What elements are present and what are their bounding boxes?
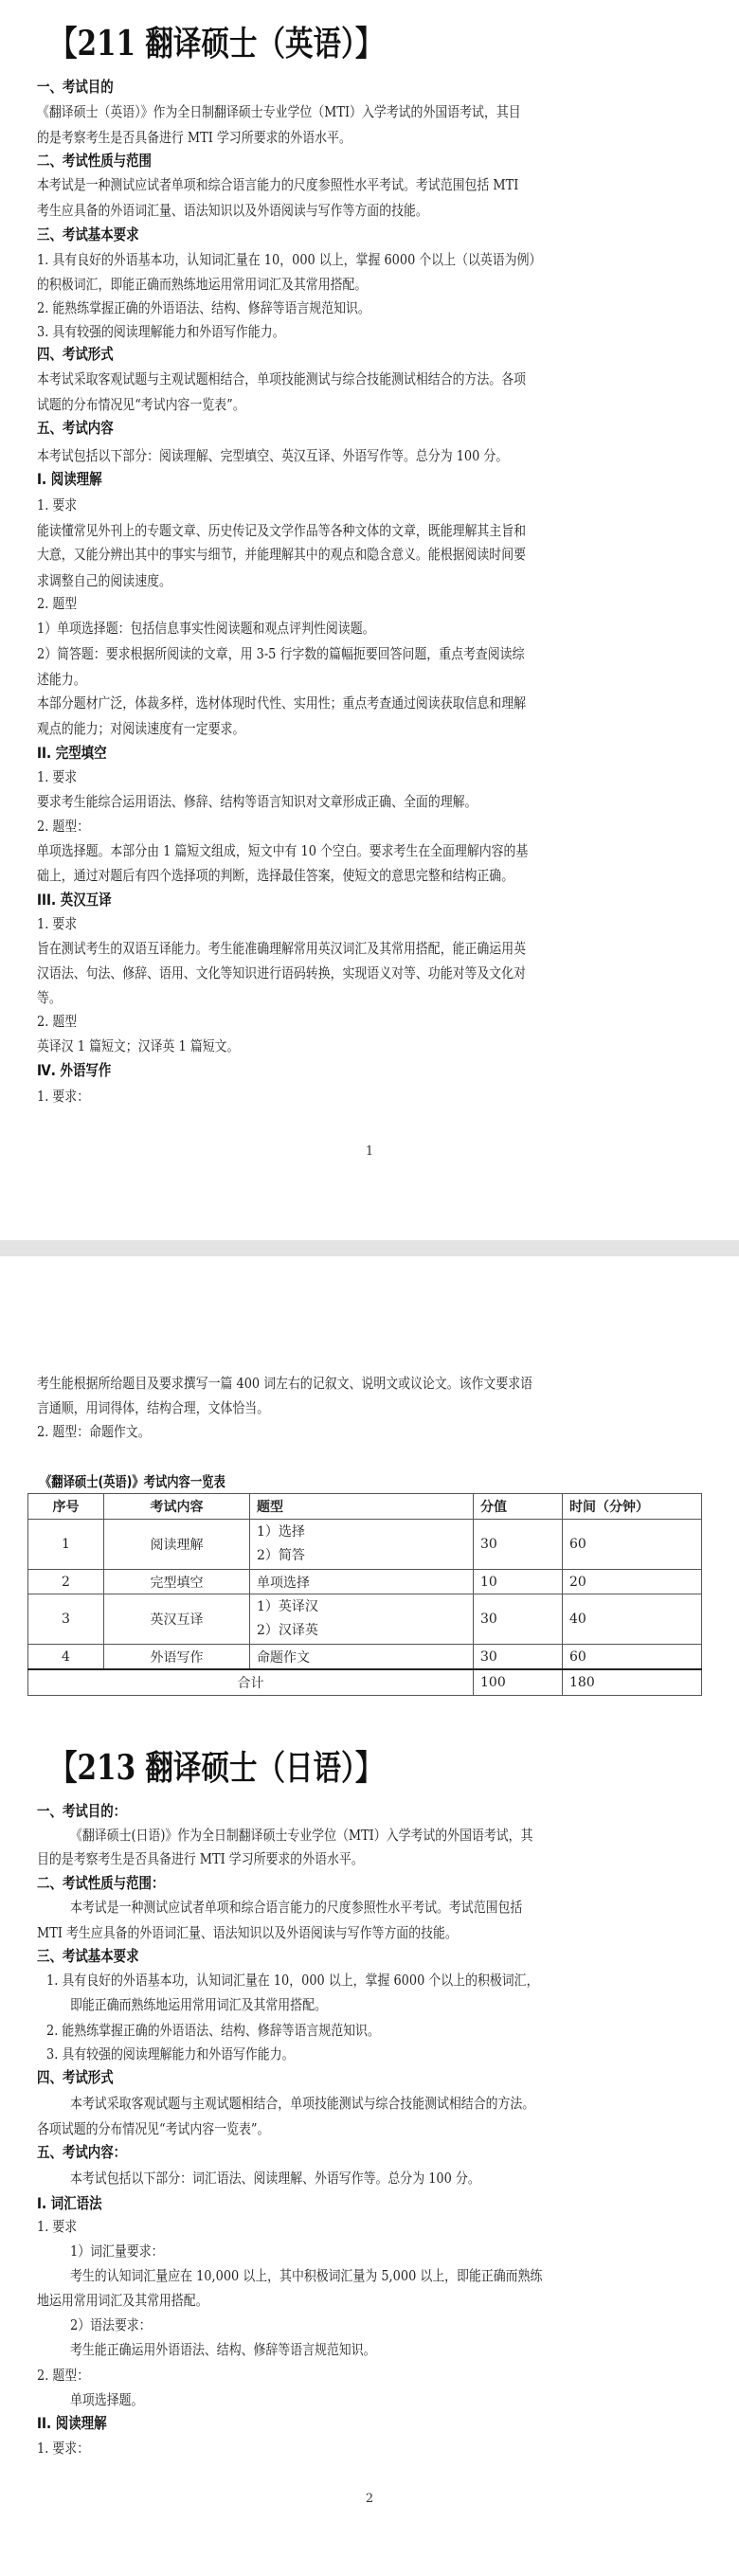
cell-type: 1）英译汉 2）汉译英 xyxy=(250,1594,474,1645)
document-page-1: 【211 翻译硕士（英语）】 一、考试目的《翻译硕士（英语）》作为全日制翻译硕士… xyxy=(0,0,739,1240)
body-text-line: 的积极词汇，即能正确而熟练地运用常用词汇及其常用搭配。 xyxy=(37,275,367,294)
body-text-line: 本考试是一种测试应试者单项和综合语言能力的尺度参照性水平考试。考试范围包括 MT… xyxy=(37,175,518,194)
exam-content-table: 序号 考试内容 题型 分值 时间（分钟） 1 阅读理解 1）选择 2）简答 30… xyxy=(27,1493,702,1696)
body-text-line: 旨在测试考生的双语互译能力。考生能准确理解常用英汉词汇及其常用搭配，能正确运用英 xyxy=(37,939,526,958)
cell-score: 30 xyxy=(474,1594,563,1645)
cell-no: 1 xyxy=(28,1520,104,1570)
cell-time: 20 xyxy=(563,1570,702,1594)
section-heading: 四、考试形式 xyxy=(37,2068,114,2087)
table-row: 3 英汉互译 1）英译汉 2）汉译英 30 40 xyxy=(28,1594,702,1645)
header-content: 考试内容 xyxy=(104,1494,250,1520)
header-time: 时间（分钟） xyxy=(563,1494,702,1520)
body-text-line: 述能力。 xyxy=(37,670,86,689)
cell-content: 完型填空 xyxy=(104,1570,250,1594)
body-text-line: 2. 题型： xyxy=(37,2366,89,2385)
page-title-213: 【213 翻译硕士（日语）】 xyxy=(49,1747,383,1789)
table-total-row: 合计 100 180 xyxy=(28,1669,702,1696)
body-text-line: 2）语法要求： xyxy=(70,2315,152,2334)
section-heading: 三、考试基本要求 xyxy=(37,1947,139,1966)
section-heading: Ⅳ. 外语写作 xyxy=(37,1061,111,1080)
cell-score: 30 xyxy=(474,1645,563,1670)
section-heading: 二、考试性质与范围： xyxy=(37,1874,164,1893)
cell-time: 40 xyxy=(563,1594,702,1645)
header-score: 分值 xyxy=(474,1494,563,1520)
section-heading: 一、考试目的 xyxy=(37,78,114,97)
cell-no: 4 xyxy=(28,1645,104,1670)
cell-no: 2 xyxy=(28,1570,104,1594)
total-score: 100 xyxy=(474,1669,563,1696)
body-text-line: 1. 要求： xyxy=(37,1087,89,1106)
body-text-line: 要求考生能综合运用语法、修辞、结构等语言知识对文章形成正确、全面的理解。 xyxy=(37,792,477,811)
cell-content: 阅读理解 xyxy=(104,1520,250,1570)
body-text-line: 等。 xyxy=(37,988,62,1007)
section-heading: I. 词汇语法 xyxy=(37,2194,102,2213)
body-text-line: 1. 要求 xyxy=(37,495,77,514)
page-title-211: 【211 翻译硕士（英语）】 xyxy=(49,23,383,64)
body-text-line: 2. 能熟练掌握正确的外语语法、结构、修辞等语言规范知识。 xyxy=(46,2021,380,2040)
section-heading: II. 阅读理解 xyxy=(37,2414,107,2433)
body-text-line: 2. 能熟练掌握正确的外语语法、结构、修辞等语言规范知识。 xyxy=(37,298,370,317)
section-heading: I. 阅读理解 xyxy=(37,470,102,489)
body-text-line: MTI 考生应具备的外语词汇量、语法知识以及外语阅读与写作等方面的技能。 xyxy=(37,1923,458,1942)
table-row: 4 外语写作 命题作文 30 60 xyxy=(28,1645,702,1670)
total-time: 180 xyxy=(563,1669,702,1696)
cell-type: 1）选择 2）简答 xyxy=(250,1520,474,1570)
body-text-line: 1. 要求 xyxy=(37,767,77,786)
body-text-line: 各项试题的分布情况见“考试内容一览表”。 xyxy=(37,2119,269,2138)
body-text-line: 单项选择题。 xyxy=(70,2390,143,2409)
body-text-line: 的是考察考生是否具备进行 MTI 学习所要求的外语水平。 xyxy=(37,128,351,147)
body-text-line: 1. 具有良好的外语基本功，认知词汇量在 10，000 以上，掌握 6000 个… xyxy=(37,250,541,269)
section-heading: 四、考试形式 xyxy=(37,345,114,364)
body-text-line: 汉语法、句法、修辞、语用、文化等知识进行语码转换，实现语义对等、功能对等及文化对 xyxy=(37,964,526,982)
cell-type-item: 1）英译汉 xyxy=(257,1595,466,1619)
body-text-line: 1）词汇量要求： xyxy=(70,2242,164,2261)
total-label: 合计 xyxy=(28,1669,474,1696)
body-text-line: 考生能根据所给题目及要求撰写一篇 400 词左右的记叙文、说明文或议论文。该作文… xyxy=(37,1374,532,1393)
table-header-row: 序号 考试内容 题型 分值 时间（分钟） xyxy=(28,1494,702,1520)
body-text-line: 1. 要求 xyxy=(37,914,77,933)
section-heading: III. 英汉互译 xyxy=(37,891,112,910)
cell-content: 英汉互译 xyxy=(104,1594,250,1645)
body-text-line: 考生能正确运用外语语法、结构、修辞等语言规范知识。 xyxy=(70,2340,376,2359)
body-text-line: 础上，通过对题后有四个选择项的判断，选择最佳答案，使短文的意思完整和结构正确。 xyxy=(37,866,514,885)
body-text-line: 2. 题型 xyxy=(37,594,77,613)
section-heading: II. 完型填空 xyxy=(37,744,107,763)
cell-no: 3 xyxy=(28,1594,104,1645)
body-text-line: 《翻译硕士（英语）》作为全日制翻译硕士专业学位（MTI）入学考试的外国语考试，其… xyxy=(37,102,521,121)
section-heading: 二、考试性质与范围 xyxy=(37,152,152,171)
body-text-line: 本部分题材广泛，体裁多样，选材体现时代性、实用性；重点考查通过阅读获取信息和理解 xyxy=(37,694,526,712)
body-text-line: 考生应具备的外语词汇量、语法知识以及外语阅读与写作等方面的技能。 xyxy=(37,201,428,220)
body-text-line: 3. 具有较强的阅读理解能力和外语写作能力。 xyxy=(37,322,285,341)
body-text-line: 1）单项选择题：包括信息事实性阅读题和观点评判性阅读题。 xyxy=(37,619,375,638)
body-text-line: 本考试包括以下部分：阅读理解、完型填空、英汉互译、外语写作等。总分为 100 分… xyxy=(37,446,508,465)
cell-type-item: 2）简答 xyxy=(257,1544,466,1568)
page-number: 2 xyxy=(0,2492,739,2506)
body-text-line: 观点的能力；对阅读速度有一定要求。 xyxy=(37,719,244,738)
table-caption: 《翻译硕士(英语)》考试内容一览表 xyxy=(40,1471,225,1491)
body-text-line: 单项选择题。本部分由 1 篇短文组成，短文中有 10 个空白。要求考生在全面理解… xyxy=(37,841,528,860)
cell-score: 30 xyxy=(474,1520,563,1570)
page-number: 1 xyxy=(0,1144,739,1159)
table-row: 2 完型填空 单项选择 10 20 xyxy=(28,1570,702,1594)
header-type: 题型 xyxy=(250,1494,474,1520)
body-text-line: 本考试采取客观试题与主观试题相结合，单项技能测试与综合技能测试相结合的方法。 xyxy=(70,2094,534,2113)
table-row: 1 阅读理解 1）选择 2）简答 30 60 xyxy=(28,1520,702,1570)
body-text-line: 试题的分布情况见“考试内容一览表”。 xyxy=(37,395,245,414)
body-text-line: 2. 题型 xyxy=(37,1012,77,1031)
body-text-line: 3. 具有较强的阅读理解能力和外语写作能力。 xyxy=(46,2045,295,2063)
body-text-line: 能读懂常见外刊上的专题文章、历史传记及文学作品等各种文体的文章，既能理解其主旨和 xyxy=(37,521,526,540)
cell-type-item: 2）汉译英 xyxy=(257,1619,466,1643)
body-text-line: 求调整自己的阅读速度。 xyxy=(37,571,171,590)
header-no: 序号 xyxy=(28,1494,104,1520)
body-text-line: 2. 题型：命题作文。 xyxy=(37,1422,151,1441)
body-text-line: 考生的认知词汇量应在 10,000 以上，其中积极词汇量为 5,000 以上，即… xyxy=(70,2266,542,2285)
body-text-line: 目的是考察考生是否具备进行 MTI 学习所要求的外语水平。 xyxy=(37,1849,364,1868)
body-text-line: 本考试包括以下部分：词汇语法、阅读理解、外语写作等。总分为 100 分。 xyxy=(70,2169,480,2188)
body-text-line: 本考试是一种测试应试者单项和综合语言能力的尺度参照性水平考试。考试范围包括 xyxy=(70,1898,522,1917)
cell-type: 命题作文 xyxy=(250,1645,474,1670)
body-text-line: 2. 题型： xyxy=(37,817,89,836)
body-text-line: 即能正确而熟练地运用常用词汇及其常用搭配。 xyxy=(70,1995,327,2014)
body-text-line: 本考试采取客观试题与主观试题相结合，单项技能测试与综合技能测试相结合的方法。各项 xyxy=(37,369,526,388)
body-text-line: 1. 具有良好的外语基本功，认知词汇量在 10，000 以上，掌握 6000 个… xyxy=(46,1971,538,1990)
body-text-line: 1. 要求： xyxy=(37,2439,89,2458)
cell-content: 外语写作 xyxy=(104,1645,250,1670)
cell-score: 10 xyxy=(474,1570,563,1594)
cell-time: 60 xyxy=(563,1520,702,1570)
cell-type: 单项选择 xyxy=(250,1570,474,1594)
section-heading: 五、考试内容： xyxy=(37,2143,126,2162)
body-text-line: 1. 要求 xyxy=(37,2217,77,2236)
body-text-line: 2）简答题：要求根据所阅读的文章，用 3-5 行字数的篇幅扼要回答问题，重点考查… xyxy=(37,644,524,663)
section-heading: 五、考试内容 xyxy=(37,419,114,438)
body-text-line: 地运用常用词汇及其常用搭配。 xyxy=(37,2291,208,2310)
cell-time: 60 xyxy=(563,1645,702,1670)
cell-type-item: 1）选择 xyxy=(257,1521,466,1544)
body-text-line: 言通顺，用词得体，结构合理，文体恰当。 xyxy=(37,1398,269,1417)
page-separator xyxy=(0,1240,739,1256)
body-text-line: 《翻译硕士(日语)》作为全日制翻译硕士专业学位（MTI）入学考试的外国语考试，其 xyxy=(70,1826,532,1845)
section-heading: 一、考试目的： xyxy=(37,1802,126,1821)
section-heading: 三、考试基本要求 xyxy=(37,225,139,244)
body-text-line: 大意，又能分辨出其中的事实与细节，并能理解其中的观点和隐含意义。能根据阅读时间要 xyxy=(37,545,526,564)
body-text-line: 英译汉 1 篇短文；汉译英 1 篇短文。 xyxy=(37,1036,239,1055)
